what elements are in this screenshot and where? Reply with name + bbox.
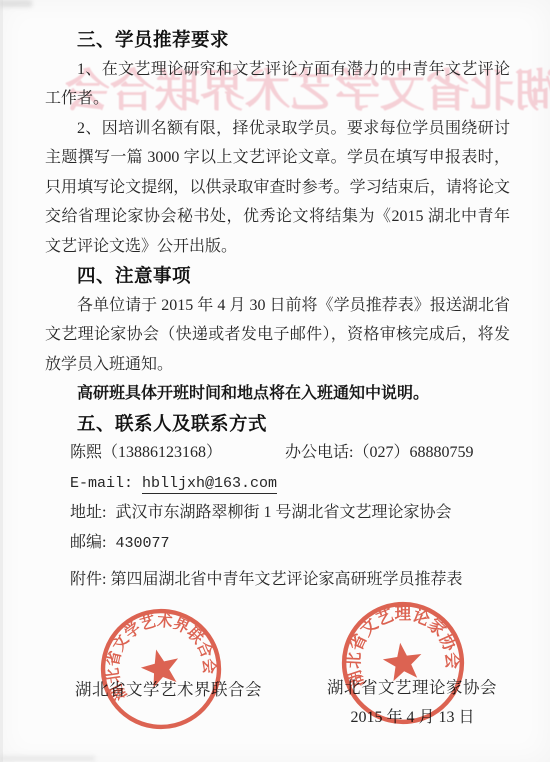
contact-person: 陈熙（13886123168） — [70, 444, 222, 461]
contact-block: 陈熙（13886123168） 办公电话:（027）68880759 E-mai… — [70, 438, 510, 594]
contact-person-line: 陈熙（13886123168） 办公电话:（027）68880759 — [70, 438, 510, 468]
address-label: 地址: — [70, 504, 106, 521]
section-3-paragraph-2: 2、因培训名额有限，择优录取学员。要求每位学员围绕研讨主题撰写一篇 3000 字… — [45, 114, 510, 262]
red-round-seal-left-icon: 湖北省文学艺术界联合会 — [85, 593, 238, 746]
scan-artifact-left-edge — [0, 0, 3, 762]
address-line: 地址:武汉市东湖路翠柳街 1 号湖北省文艺理论家协会 — [70, 498, 510, 528]
document-body: 三、学员推荐要求 1、在文艺理论研究和文艺评论方面有潜力的中青年文艺评论工作者。… — [45, 25, 510, 594]
postcode-line: 邮编:430077 — [70, 528, 510, 559]
seal-star-icon — [138, 645, 184, 690]
scan-artifact-bottom-left — [0, 756, 95, 761]
postcode-label: 邮编: — [70, 534, 106, 551]
section-3-heading: 三、学员推荐要求 — [45, 25, 510, 55]
section-5-heading: 五、联系人及联系方式 — [45, 409, 510, 439]
signature-area: 湖北省文学艺术界联合会 湖北省文艺理论家协会 2015 年 4 月 13 日 湖… — [0, 595, 550, 762]
scanned-notice-page: 湖北省文学艺术界联合会 三、学员推荐要求 1、在文艺理论研究和文艺评论方面有潜力… — [0, 0, 550, 762]
section-4-bold-note: 高研班具体开班时间和地点将在入班通知中说明。 — [45, 379, 510, 409]
red-round-seal-right-icon: 湖北省文艺理论家协会 — [331, 591, 476, 736]
email-line: E-mail:hblljxh@163.com — [70, 468, 510, 499]
section-4-paragraph-1: 各单位请于 2015 年 4 月 30 日前将《学员推荐表》报送湖北省文艺理论家… — [45, 291, 510, 380]
email-label: E-mail: — [70, 475, 133, 492]
section-4-heading: 四、注意事项 — [45, 261, 510, 291]
attachment-line: 附件: 第四届湖北省中青年文艺评论家高研班学员推荐表 — [70, 565, 510, 595]
section-3-paragraph-1: 1、在文艺理论研究和文艺评论方面有潜力的中青年文艺评论工作者。 — [45, 55, 510, 114]
email-address: hblljxh@163.com — [142, 475, 277, 494]
address-value: 武汉市东湖路翠柳街 1 号湖北省文艺理论家协会 — [115, 504, 451, 521]
seal-star-icon — [381, 640, 425, 682]
scan-artifact-top-left — [0, 0, 32, 7]
postcode-value: 430077 — [115, 535, 169, 552]
office-phone: 办公电话:（027）68880759 — [285, 438, 473, 468]
